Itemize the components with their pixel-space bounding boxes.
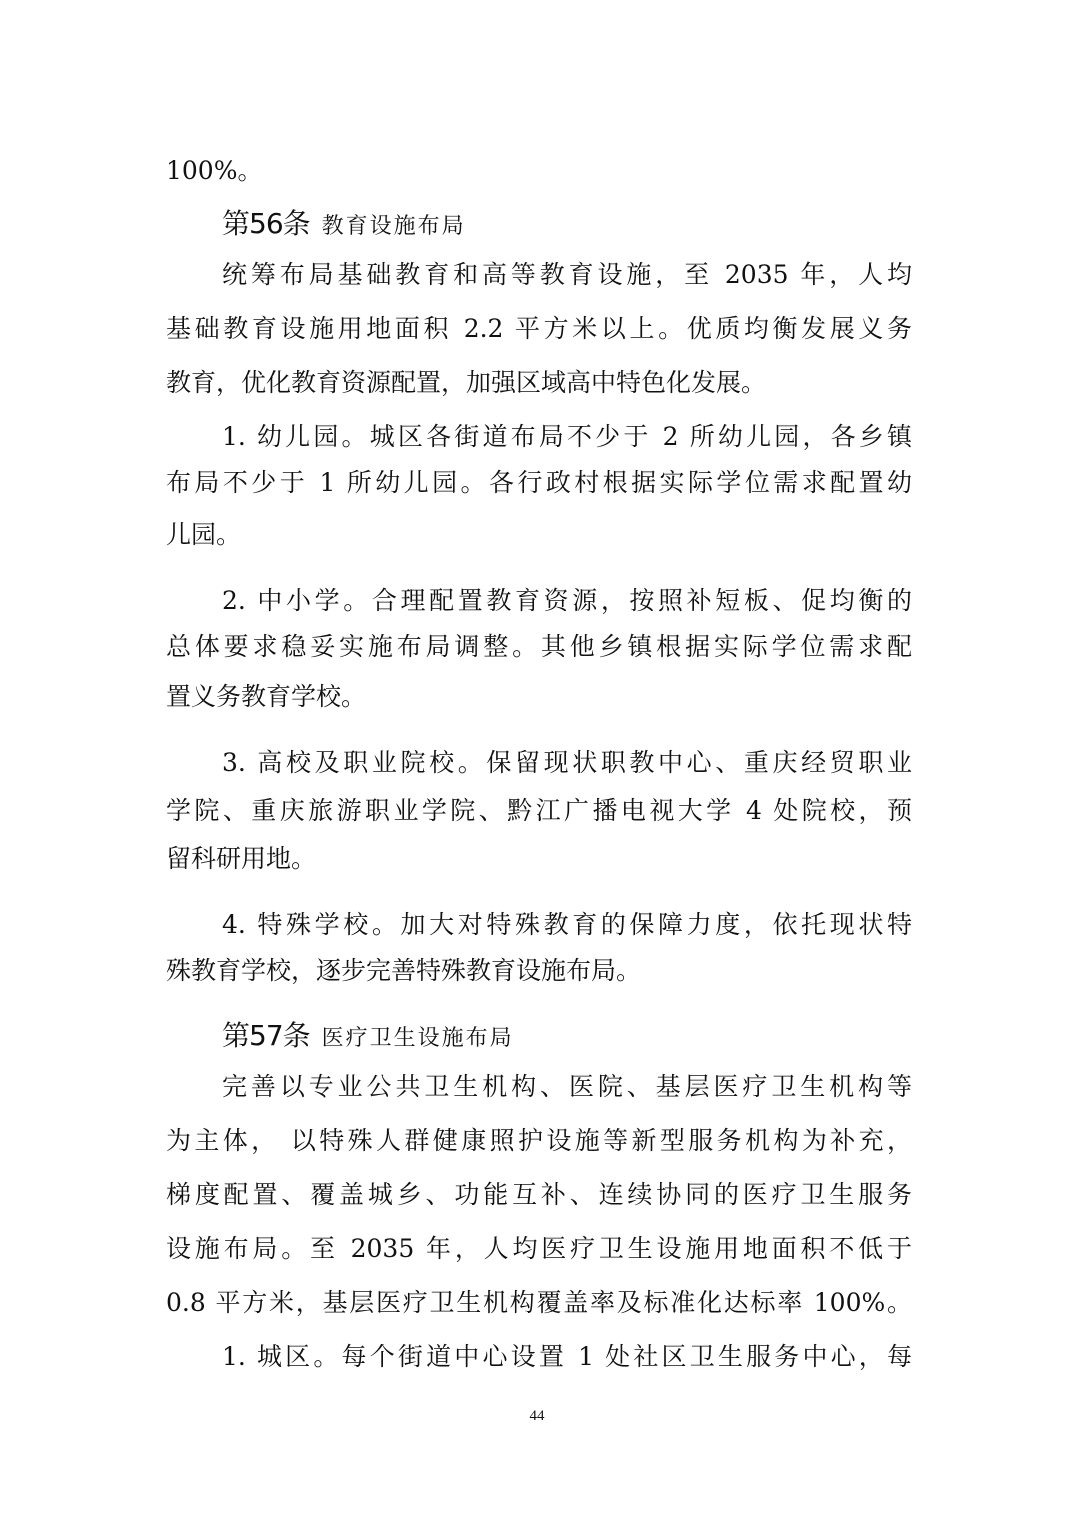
list-item-line: 殊教育学校，逐步完善特殊教育设施布局。 xyxy=(166,954,912,988)
article-number: 第57条 xyxy=(222,1019,310,1052)
list-item-line: 儿园。 xyxy=(166,518,912,552)
list-item-line: 3. 高校及职业院校。保留现状职教中心、重庆经贸职业 xyxy=(222,746,912,780)
list-item-line: 总体要求稳妥实施布局调整。其他乡镇根据实际学位需求配 xyxy=(166,630,912,664)
list-item-line: 置义务教育学校。 xyxy=(166,680,912,714)
page-number: 44 xyxy=(0,1408,1074,1425)
list-item-line: 学院、重庆旅游职业学院、黔江广播电视大学 4 处院校，预 xyxy=(166,794,912,828)
article-57-heading: 第57条医疗卫生设施布局 xyxy=(222,1014,514,1054)
list-item-line: 4. 特殊学校。加大对特殊教育的保障力度，依托现状特 xyxy=(222,908,912,942)
list-item-line: 1. 幼儿园。城区各街道布局不少于 2 所幼儿园，各乡镇 xyxy=(222,420,912,454)
paragraph-line: 为主体， 以特殊人群健康照护设施等新型服务机构为补充， xyxy=(166,1124,912,1158)
paragraph-line: 基础教育设施用地面积 2.2 平方米以上。优质均衡发展义务 xyxy=(166,312,912,346)
paragraph-line: 梯度配置、覆盖城乡、功能互补、连续协同的医疗卫生服务 xyxy=(166,1178,912,1212)
paragraph-line: 完善以专业公共卫生机构、医院、基层医疗卫生机构等 xyxy=(222,1070,912,1104)
paragraph-line: 统筹布局基础教育和高等教育设施，至 2035 年，人均 xyxy=(222,258,912,292)
list-item-line: 1. 城区。每个街道中心设置 1 处社区卫生服务中心，每 xyxy=(222,1340,912,1374)
article-title: 医疗卫生设施布局 xyxy=(322,1026,514,1051)
paragraph-line: 0.8 平方米，基层医疗卫生机构覆盖率及标准化达标率 100%。 xyxy=(166,1286,912,1320)
article-56-heading: 第56条教育设施布局 xyxy=(222,202,466,242)
paragraph-line: 教育，优化教育资源配置，加强区域高中特色化发展。 xyxy=(166,366,912,400)
list-item-line: 2. 中小学。合理配置教育资源，按照补短板、促均衡的 xyxy=(222,584,912,618)
list-item-line: 布局不少于 1 所幼儿园。各行政村根据实际学位需求配置幼 xyxy=(166,466,912,500)
paragraph-line: 设施布局。至 2035 年，人均医疗卫生设施用地面积不低于 xyxy=(166,1232,912,1266)
article-title: 教育设施布局 xyxy=(322,214,466,239)
list-item-line: 留科研用地。 xyxy=(166,842,912,876)
article-number: 第56条 xyxy=(222,207,310,240)
continuation-text: 100%。 xyxy=(166,154,912,188)
